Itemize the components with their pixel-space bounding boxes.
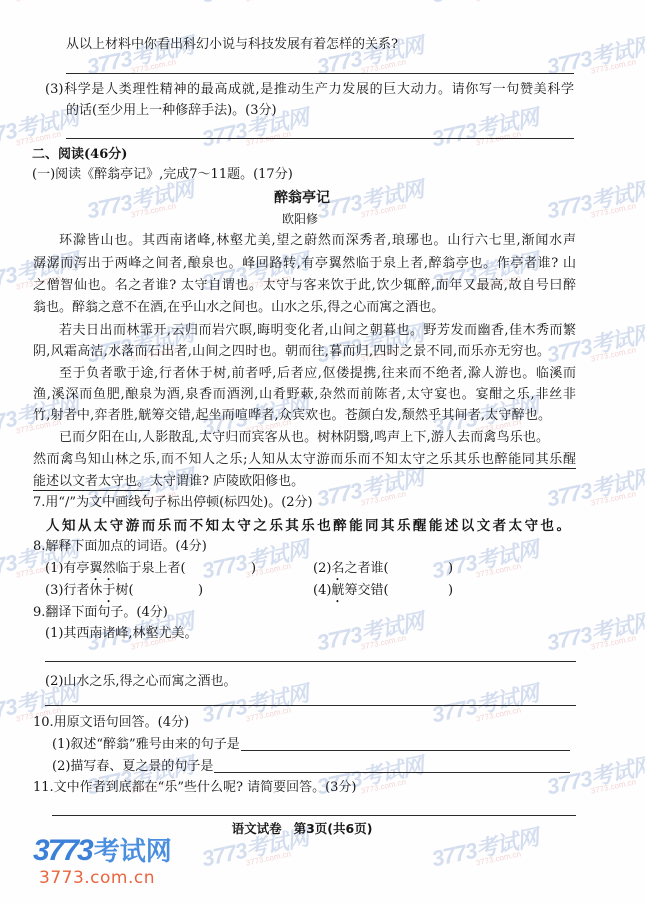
- item-number: (2): [313, 561, 331, 576]
- answer-blank-open: (: [383, 583, 388, 598]
- watermark-text: 3773考试网: [430, 539, 540, 583]
- dotted-word: 名: [331, 561, 344, 576]
- dotted-word: 觥: [331, 583, 344, 598]
- q10-item-1: (1)叙述“醉翁”雅号由来的句子是: [52, 737, 570, 753]
- q6-continuation-question: 从以上材料中你看出科幻小说与科技发展有着怎样的关系?: [66, 37, 398, 53]
- watermark: 3773考试网3773.com.cn: [315, 467, 426, 517]
- passage-line: 至于负者歌于途,行者休于树,前者呼,后者应,伛偻提携,往来而不绝者,滁人游也。临…: [59, 366, 576, 382]
- watermark-url: 3773.com.cn: [15, 126, 81, 148]
- passage-line: 能述以文者太守也。太守谓谁? 庐陵欧阳修也。: [33, 474, 304, 490]
- item-number: (1): [45, 561, 63, 576]
- q7-sentence: 人知从太守游而乐而不知太守之乐其乐也醉能同其乐醒能述以文者太守也。: [46, 518, 570, 534]
- item-text: 行者休: [63, 583, 102, 598]
- q10-prompt: 10.用原文语句回答。(4分): [33, 715, 189, 731]
- passage-author: 欧阳修: [0, 211, 600, 227]
- passage-line: 渔,溪深而鱼肥,酿泉为酒,泉香而酒洌,山肴野蔌,杂然而前陈者,太守宴也。宴酣之乐…: [33, 387, 576, 403]
- footer-subject: 语文试卷: [232, 821, 282, 836]
- answer-line: [45, 661, 576, 662]
- q9-item-2: (2)山水之乐,得之心而寓之酒也。: [45, 674, 237, 690]
- watermark-url: 3773.com.cn: [360, 630, 426, 652]
- answer-blank-open: (: [180, 561, 185, 576]
- item-number: (4): [313, 583, 331, 598]
- item-number: (3): [45, 583, 63, 598]
- watermark-url: 3773.com.cn: [590, 486, 645, 508]
- watermark-url: 3773.com.cn: [475, 846, 541, 868]
- answer-line: [241, 738, 570, 751]
- passage-text: 太守谓谁? 庐陵欧阳修也。: [150, 474, 304, 489]
- item-text: 树: [115, 583, 128, 598]
- watermark-url: 3773.com.cn: [475, 0, 541, 4]
- watermark-text: 3773考试网: [545, 467, 645, 511]
- q6-sub3-line1: (3)科学是人类理性精神的最高成就,是推动生产力发展的巨大动力。请你写一句赞美科…: [45, 82, 574, 98]
- answer-line: [214, 760, 570, 773]
- q8-item-1: (1)有亭翼然临于泉上者(: [45, 561, 186, 584]
- passage-line: 然而禽鸟知山林之乐,而不知人之乐;人知从太守游而乐而不知太守之乐其乐也醉能同其乐…: [33, 452, 576, 468]
- watermark: 3773考试网3773.com.cn: [430, 0, 541, 12]
- q9-item-1: (1)其西南诸峰,林壑尤美。: [45, 626, 198, 642]
- watermark-url: 3773.com.cn: [15, 0, 81, 4]
- site-logo: 3773考试网 3773.com.cn: [33, 836, 172, 887]
- watermark-url: 3773.com.cn: [590, 630, 645, 652]
- watermark-url: 3773.com.cn: [475, 126, 541, 148]
- passage-line: 已而夕阳在山,人影散乱,太守归而宾客从也。树林阴翳,鸣声上下,游人去而禽鸟乐也。: [59, 430, 549, 446]
- q9-prompt: 9.翻译下面句子。(4分): [33, 605, 168, 621]
- item-text: (2)描写春、夏之景的句子是: [52, 759, 213, 775]
- logo-digits: 3773: [33, 834, 92, 867]
- q8-item-3: (3)行者休于树(: [45, 583, 134, 606]
- answer-line: [45, 705, 576, 706]
- watermark-text: 3773考试网: [315, 467, 425, 511]
- exam-page: 3773考试网3773.com.cn 3773考试网3773.com.cn 37…: [0, 0, 645, 904]
- part-intro: (一)阅读《醉翁亭记》,完成7～11题。(17分): [32, 167, 293, 183]
- answer-blank-open: (: [128, 583, 133, 598]
- watermark: 3773考试网3773.com.cn: [545, 467, 645, 517]
- watermark: 3773考试网3773.com.cn: [430, 107, 541, 157]
- watermark-text: 3773考试网: [545, 35, 645, 79]
- answer-blank-close: ): [448, 561, 453, 577]
- passage-line: 竹,射者中,弈者胜,觥筹交错,起坐而喧哗者,众宾欢也。苍颜白发,颓然乎其间者,太…: [33, 408, 551, 424]
- answer-blank-close: ): [198, 583, 203, 599]
- watermark: 3773考试网3773.com.cn: [200, 683, 311, 733]
- logo-text: 考试网: [94, 837, 172, 867]
- q7-prompt: 7.用“/”为文中画线句子标出停顿(标四处)。(2分): [33, 495, 313, 511]
- section-heading: 二、阅读(46分): [32, 147, 127, 163]
- watermark: 3773考试网3773.com.cn: [430, 539, 541, 589]
- passage-line: 之僧智仙也。名之者谁? 太守自谓也。太守与客来饮于此,饮少辄醉,而年又最高,故自…: [33, 278, 576, 294]
- watermark-text: 3773考试网: [430, 107, 540, 151]
- watermark-url: 3773.com.cn: [360, 774, 426, 796]
- watermark-url: 3773.com.cn: [590, 342, 645, 364]
- passage-line: 翁也。醉翁之意不在酒,在乎山水之间也。山水之乐,得之心而寓之酒也。: [33, 300, 444, 316]
- logo-url: 3773.com.cn: [39, 870, 172, 887]
- watermark-url: 3773.com.cn: [245, 126, 311, 148]
- watermark-text: 3773考试网: [430, 0, 540, 7]
- q8-prompt: 8.解释下面加点的词语。(4分): [33, 539, 207, 555]
- watermark-url: 3773.com.cn: [475, 558, 541, 580]
- watermark: 3773考试网3773.com.cn: [545, 611, 645, 661]
- q8-item-4: (4)觥筹交错(: [313, 583, 389, 606]
- watermark: 3773考试网3773.com.cn: [200, 0, 311, 12]
- q8-item-2: (2)名之者谁(: [313, 561, 389, 584]
- footer-page-number: 第3页(共6页): [294, 821, 373, 836]
- passage-text: 然而禽鸟知山林之乐,而不知人之乐;: [33, 452, 248, 467]
- q6-sub3-line2: 的话(至少用上一种修辞手法)。(3分): [66, 103, 277, 119]
- item-text: 筹交错: [344, 583, 383, 598]
- q11-prompt: 11.文中作者到底都在“乐”些什么呢? 请简要回答。(3分): [33, 780, 356, 796]
- watermark-text: 3773考试网: [545, 611, 645, 655]
- watermark-url: 3773.com.cn: [245, 846, 311, 868]
- underlined-sentence: 人知从太守游而乐而不知太守之乐其乐也醉能同其乐醒: [248, 452, 576, 469]
- watermark: 3773考试网3773.com.cn: [0, 0, 81, 12]
- answer-line: [52, 815, 576, 816]
- item-text: 临于泉上者: [115, 561, 180, 576]
- answer-blank-open: (: [383, 561, 388, 576]
- dotted-word: 翼然: [89, 561, 115, 576]
- q10-item-2: (2)描写春、夏之景的句子是: [52, 759, 570, 775]
- passage-line: 环滁皆山也。其西南诸峰,林壑尤美,望之蔚然而深秀者,琅琊也。山行六七里,渐闻水声: [59, 233, 576, 249]
- watermark-url: 3773.com.cn: [245, 0, 311, 4]
- item-text: 之者谁: [344, 561, 383, 576]
- answer-blank-close: ): [448, 583, 453, 599]
- watermark-text: 3773考试网: [315, 611, 425, 655]
- passage-title: 醉翁亭记: [0, 190, 604, 206]
- watermark-text: 3773考试网: [0, 0, 80, 7]
- passage-line: 若夫日出而林霏开,云归而岩穴暝,晦明变化者,山间之朝暮也。野芳发而幽香,佳木秀而…: [59, 323, 576, 339]
- item-text: (1)叙述“醉翁”雅号由来的句子是: [52, 737, 240, 753]
- underlined-sentence: 能述以文者太守也。: [33, 474, 150, 491]
- watermark: 3773考试网3773.com.cn: [315, 611, 426, 661]
- watermark-url: 3773.com.cn: [590, 774, 645, 796]
- answer-line: [66, 73, 574, 74]
- dotted-word: 于: [102, 583, 115, 598]
- watermark-url: 3773.com.cn: [590, 54, 645, 76]
- watermark: 3773考试网3773.com.cn: [430, 683, 541, 733]
- passage-line: 阴,风霜高洁,水落而石出者,山间之四时也。朝而往,暮而归,四时之景不同,而乐亦无…: [33, 344, 550, 360]
- answer-line: [66, 138, 574, 139]
- answer-blank-close: ): [251, 561, 256, 577]
- watermark-text: 3773考试网: [200, 0, 310, 7]
- watermark-url: 3773.com.cn: [360, 486, 426, 508]
- passage-line: 潺潺而泻出于两峰之间者,酿泉也。峰回路转,有亭翼然临于泉上者,醉翁亭也。作亭者谁…: [33, 256, 576, 272]
- item-text: 有亭: [63, 561, 89, 576]
- watermark: 3773考试网3773.com.cn: [545, 35, 645, 85]
